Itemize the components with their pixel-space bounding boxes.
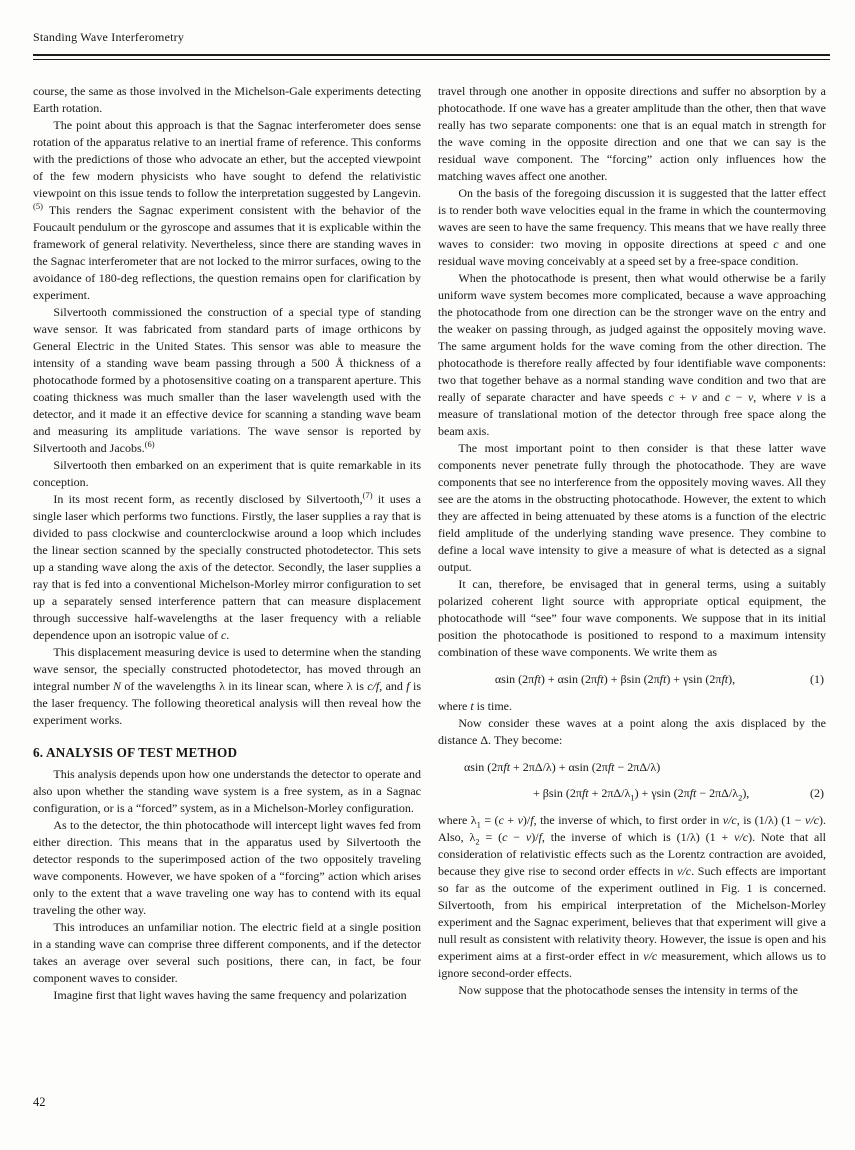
paragraph: It can, therefore, be envisaged that in … [438, 576, 826, 661]
paragraph: This introduces an unfamiliar notion. Th… [33, 919, 421, 987]
paragraph: where λ1 = (c + v)/f, the inverse of whi… [438, 812, 826, 982]
paragraph: Now suppose that the photocathode senses… [438, 982, 826, 999]
paragraph: Now consider these waves at a point alon… [438, 715, 826, 749]
left-column: course, the same as those involved in th… [33, 83, 421, 1004]
header-rule [33, 54, 830, 60]
paragraph: travel through one another in opposite d… [438, 83, 826, 185]
paragraph: Silvertooth then embarked on an experime… [33, 457, 421, 491]
paragraph: In its most recent form, as recently dis… [33, 491, 421, 644]
equation-2-line2: + βsin (2πft + 2πΔ/λ1) + γsin (2πft − 2π… [438, 785, 826, 802]
page-content: Standing Wave Interferometry course, the… [0, 0, 855, 1004]
paragraph: On the basis of the foregoing discussion… [438, 185, 826, 270]
paragraph: Imagine first that light waves having th… [33, 987, 421, 1004]
page-number: 42 [33, 1095, 46, 1110]
paragraph: Silvertooth commissioned the constructio… [33, 304, 421, 457]
paragraph: The point about this approach is that th… [33, 117, 421, 304]
equation-2-number: (2) [810, 785, 824, 802]
section-heading: 6. ANALYSIS OF TEST METHOD [33, 744, 421, 761]
scanned-paper-page: Standing Wave Interferometry course, the… [0, 0, 855, 1150]
equation-1: αsin (2πft) + αsin (2πft) + βsin (2πft) … [438, 671, 826, 688]
running-head: Standing Wave Interferometry [33, 30, 830, 45]
paragraph: As to the detector, the thin photocathod… [33, 817, 421, 919]
equation-1-body: αsin (2πft) + αsin (2πft) + βsin (2πft) … [438, 671, 826, 688]
equation-1-number: (1) [810, 671, 824, 688]
two-column-body: course, the same as those involved in th… [33, 83, 830, 1004]
paragraph: This displacement measuring device is us… [33, 644, 421, 729]
paragraph: course, the same as those involved in th… [33, 83, 421, 117]
equation-2-line1: αsin (2πft + 2πΔ/λ) + αsin (2πft − 2πΔ/λ… [438, 759, 826, 776]
paragraph: When the photocathode is present, then w… [438, 270, 826, 440]
paragraph: This analysis depends upon how one under… [33, 766, 421, 817]
paragraph: The most important point to then conside… [438, 440, 826, 576]
right-column: travel through one another in opposite d… [438, 83, 826, 1004]
paragraph: where t is time. [438, 698, 826, 715]
equation-2: αsin (2πft + 2πΔ/λ) + αsin (2πft − 2πΔ/λ… [438, 759, 826, 802]
